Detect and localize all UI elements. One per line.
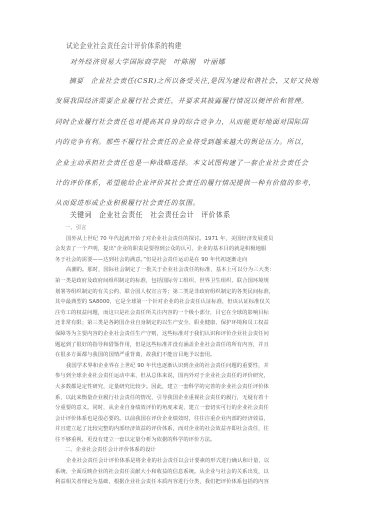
- body-line: 高潮的。那时，国际社会制定了一批关于企业社会责任的标准，基本上可以分为三大类：: [55, 265, 315, 276]
- body-line: 题起到了很好的指导和借鉴作用，但是这些标准并没有涵盖企业社会责任的所有内容，并且: [55, 340, 315, 351]
- body-line: 第一类是政府及政府间组织制定的标准，包括国际劳工组织、世界卫生组织、联合国环境规: [55, 276, 315, 287]
- body-line: 参与到全球企业社会责任运动中来，但从总体来说，国内外对于企业社会责任的评价研究，: [55, 371, 315, 382]
- abstract-line: 发展我国经济需要企业履行社会责任，并要求其披露履行情况以便评价和管理。: [55, 95, 315, 115]
- section-heading: 一、引言: [55, 223, 315, 234]
- document-page: 试论企业社会责任会计评价体系的构建 对外经济贸易大学国际商学院 叶陈刚 叶丽娜 …: [0, 0, 365, 516]
- body-line: 分重要的意义。同时，从企业自身绩效评价的角度来说，建立一套切实可行的企业社会责任: [55, 403, 315, 414]
- abstract-line: 内的竞争有利。那些不履行社会责任的企业将受到越来越大的舆论压力。所以，: [55, 136, 315, 156]
- body-line: 会计评价体系也是很必要的。以前我国在评价企业绩效时，往往注重企业内部的经济效益，: [55, 414, 315, 425]
- body-line: 在很多方面都与我国的国情严重背离，故我们不能盲目地予以套用。: [55, 350, 315, 361]
- body-line: 保障等为主要内容的企业社会责任生产守则，这些标准对于我们认识和评价企业社会责任问: [55, 329, 315, 340]
- body-line: 务于社会的需要——达到社会的满意。”但是社会责任运动是在 90 年代初逐渐走向: [55, 255, 315, 266]
- article-title: 试论企业社会责任会计评价体系的构建: [66, 40, 182, 50]
- body-line: 注劳工的权益问题，而这只是社会责任所关注内容的一个极小部分，目它在全球的影响目标: [55, 308, 315, 319]
- body-line: 还非常有限；第三类是各跨国企业自身制定的以生产安全、职业健康、保护环境和员工权益: [55, 318, 315, 329]
- body-text: 一、引言 国外从上世纪 70 年代起就开始了对企业社会责任的探讨。1971 年，…: [55, 223, 315, 488]
- abstract-line: 企业主动承担社会责任也是一种战略选择。本文试图构建了一套企业社会责任会: [55, 157, 315, 177]
- body-line: 系统、全面反映企业的社会责任贡献大小和收益的信息系统。从企业与社会的关系出发，以: [55, 467, 315, 478]
- abstract: 摘要 企业社会责任(CSR)之所以备受关注,是因为建设和谐社会、又好又快地 发展…: [55, 75, 315, 218]
- article-authors: 对外经济贸易大学国际商学院 叶陈刚 叶丽娜: [70, 56, 225, 66]
- keywords: 关键词 企业社会责任 社会责任会计 评价体系: [70, 209, 231, 219]
- body-line: 其中最典型的 SA8000，它是全球第一个针对企业的社会责任认证标准，但该认证标…: [55, 297, 315, 308]
- body-line: 我国学术界和企业界在上世纪 90 年代也逐渐认识到企业的社会责任问题的重要性，并: [55, 361, 315, 372]
- body-line: 国外从上世纪 70 年代起就开始了对企业社会责任的探讨。1971 年，美国经济发…: [55, 234, 315, 245]
- section-heading: 二、企业社会责任会计评价体系的设计: [55, 445, 315, 456]
- abstract-line: 摘要 企业社会责任(CSR)之所以备受关注,是因为建设和谐社会、又好又快地: [55, 75, 315, 95]
- body-line: 利益相关者理论为基础，根据企业社会责任本质内容进行分类，我们把评价体系包括的内容: [55, 477, 315, 488]
- abstract-line: 同时企业履行社会责任也对提高其自身的综合竞争力，从而能更好地面对国际国: [55, 116, 315, 136]
- body-line: 系，以此来衡量企业履行社会责任的情况，引导我国企业重视社会责任的履行，无疑有着十: [55, 393, 315, 404]
- body-line: 大多数都是定性研究，定量研究比较少。因此，建立一套科学的完善的企业社会责任评价体: [55, 382, 315, 393]
- body-line: 并且建立起了比较完整的内部经济效益的评价体系，而对企业的社会效益亦即社会责任，往: [55, 424, 315, 435]
- body-line: 往不够重视，更没有建立一套以定量分析为依据的科学的评价方法。: [55, 435, 315, 446]
- body-line: 企业社会责任会计评价体系是将企业的社会责任以会计要素的形式进行确认和计量，以: [55, 456, 315, 467]
- body-line: 划署等组织制定的有关公约、联合国人权宣言等；第二类是非政府组织制定的各类民间标准…: [55, 287, 315, 298]
- abstract-line: 计的评价体系，希望能给企业评价其社会责任的履行情况提供一种有价值的参考，: [55, 177, 315, 197]
- body-line: 会发表了一个声明，提出“企业的职责是要得到公众的认可，企业的基本目的就是积极地服: [55, 244, 315, 255]
